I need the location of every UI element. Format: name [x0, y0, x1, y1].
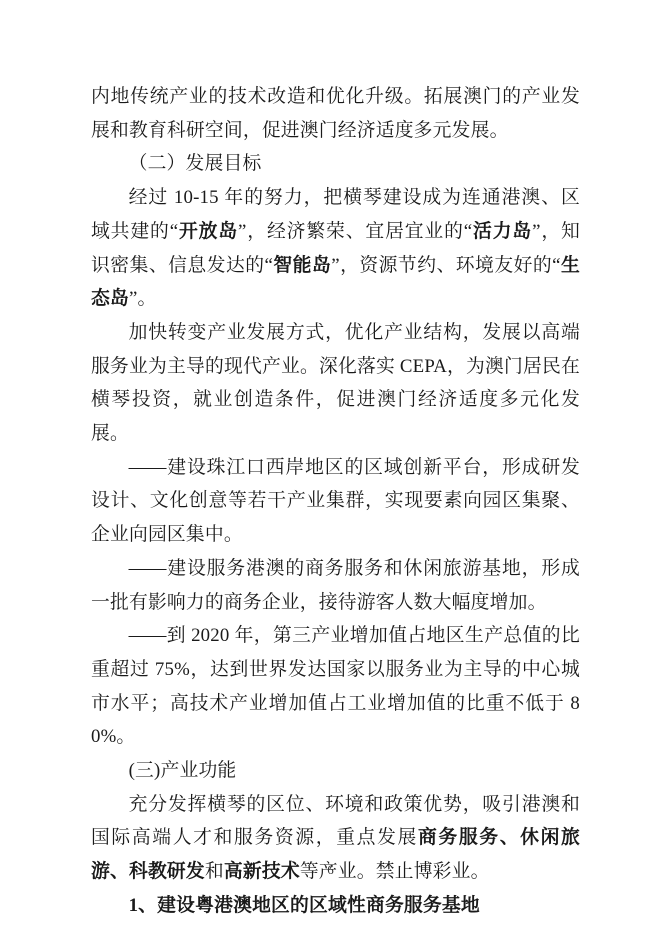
text-segment: ”，资源节约、环境友好的“: [331, 255, 560, 276]
emphasized-text: 开放岛: [178, 221, 238, 242]
emphasized-text: 活力岛: [472, 221, 532, 242]
page-footer: 6: [0, 861, 661, 879]
text-segment: （二）发展目标: [129, 153, 262, 174]
paragraph-dash-2020-targets: ——到 2020 年，第三产业增加值占地区生产总值的比重超过 75%，达到世界发…: [91, 619, 580, 754]
document-body: 内地传统产业的技术改造和优化升级。拓展澳门的产业发展和教育科研空间，促进澳门经济…: [91, 80, 580, 923]
document-page: 内地传统产业的技术改造和优化升级。拓展澳门的产业发展和教育科研空间，促进澳门经济…: [0, 0, 661, 935]
text-segment: (三)产业功能: [129, 760, 237, 781]
paragraph-industry-shift: 加快转变产业发展方式，优化产业结构，发展以高端服务业为主导的现代产业。深化落实 …: [91, 316, 580, 451]
section-heading-2: （二）发展目标: [91, 147, 580, 181]
section-heading-3: (三)产业功能: [91, 754, 580, 788]
text-segment: ”，经济繁荣、宜居宜业的“: [238, 221, 472, 242]
text-segment: ——建设服务港澳的商务服务和休闲旅游基地，形成一批有影响力的商务企业，接待游客人…: [91, 558, 580, 613]
paragraph-goals: 经过 10-15 年的努力，把横琴建设成为连通港澳、区域共建的“开放岛”，经济繁…: [91, 181, 580, 316]
paragraph-dash-business-tourism-base: ——建设服务港澳的商务服务和休闲旅游基地，形成一批有影响力的商务企业，接待游客人…: [91, 552, 580, 619]
text-segment: 内地传统产业的技术改造和优化升级。拓展澳门的产业发展和教育科研空间，促进澳门经济…: [91, 86, 580, 141]
subsection-heading-1: 1、建设粤港澳地区的区域性商务服务基地: [91, 889, 580, 923]
paragraph-continuation: 内地传统产业的技术改造和优化升级。拓展澳门的产业发展和教育科研空间，促进澳门经济…: [91, 80, 580, 147]
text-segment: ”。: [129, 288, 157, 309]
text-segment: 加快转变产业发展方式，优化产业结构，发展以高端服务业为主导的现代产业。深化落实 …: [91, 322, 580, 444]
text-segment: ——建设珠江口西岸地区的区域创新平台，形成研发设计、文化创意等若干产业集群，实现…: [91, 457, 580, 545]
page-number: 6: [327, 862, 334, 877]
text-segment: ——到 2020 年，第三产业增加值占地区生产总值的比重超过 75%，达到世界发…: [91, 625, 580, 747]
paragraph-dash-innovation-platform: ——建设珠江口西岸地区的区域创新平台，形成研发设计、文化创意等若干产业集群，实现…: [91, 451, 580, 552]
emphasized-text: 智能岛: [273, 255, 331, 276]
emphasized-text: 1、建设粤港澳地区的区域性商务服务基地: [129, 895, 480, 916]
